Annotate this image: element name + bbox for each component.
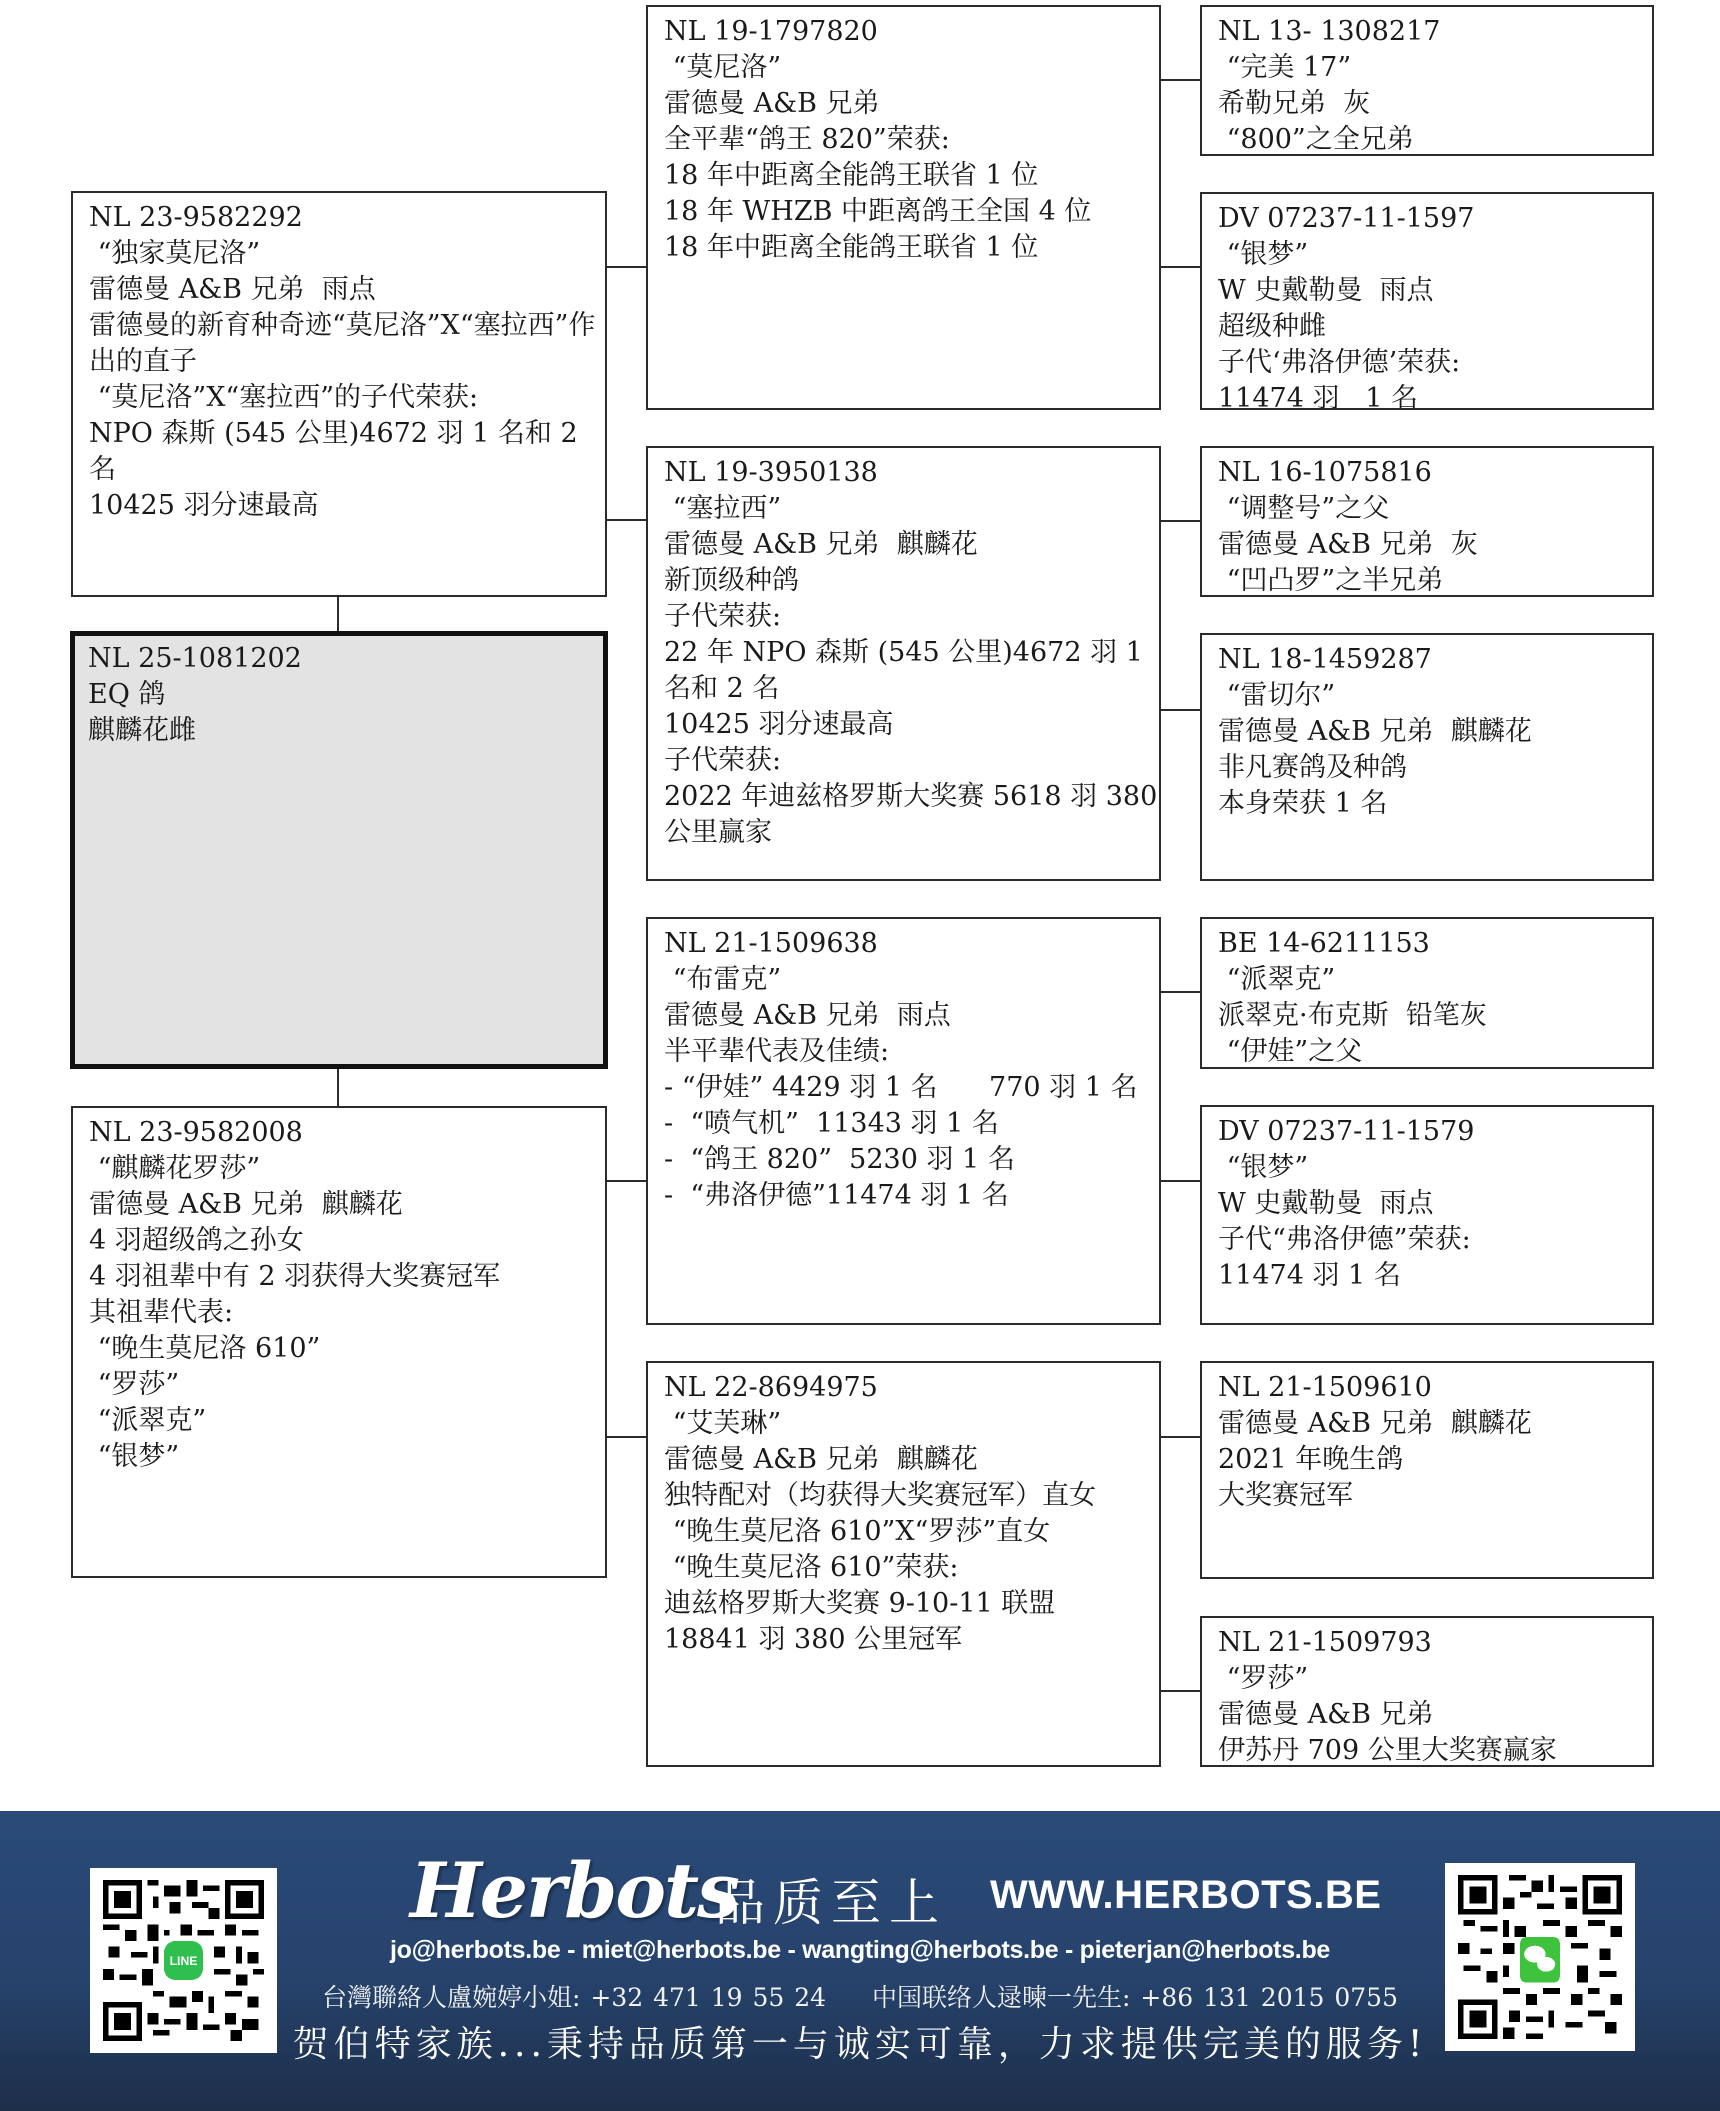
- pedigree-line: NL 21-1509610: [1218, 1370, 1652, 1406]
- pedigree-line: “银梦”: [1218, 1150, 1652, 1186]
- pedigree-line: 子代“弗洛伊德”荣获:: [1218, 1222, 1652, 1258]
- pedigree-line: 18 年中距离全能鸽王联省 1 位: [664, 158, 1159, 194]
- connector-sire-to-gen2: [605, 266, 646, 268]
- contact-china: 中国联络人逯暕一先生: +86 131 2015 0755: [872, 1983, 1398, 2012]
- pedigree-line: 雷德曼的新育种奇迹“莫尼洛”X“塞拉西”作出的直子: [89, 308, 605, 380]
- pedigree-box-sd-dam: NL 18-1459287 “雷切尔”雷德曼 A&B 兄弟 麒麟花非凡赛鸽及种鸽…: [1200, 633, 1654, 881]
- connector-main-dam: [337, 1068, 339, 1107]
- pedigree-line: 大奖赛冠军: [1218, 1478, 1652, 1514]
- pedigree-box-ds-sire: BE 14-6211153 “派翠克”派翠克·布克斯 铅笔灰 “伊娃”之父: [1200, 917, 1654, 1069]
- pedigree-box-dam-sire: NL 21-1509638 “布雷克”雷德曼 A&B 兄弟 雨点半平辈代表及佳绩…: [646, 917, 1161, 1325]
- pedigree-line: “800”之全兄弟: [1218, 122, 1652, 156]
- pedigree-line: “调整号”之父: [1218, 491, 1652, 527]
- pedigree-line: “伊娃”之父: [1218, 1034, 1652, 1069]
- pedigree-line: 子代荣获:: [664, 743, 1159, 779]
- pedigree-line: NPO 森斯 (545 公里)4672 羽 1 名和 2 名: [89, 416, 605, 488]
- pedigree-line: - “喷气机” 11343 羽 1 名: [664, 1106, 1159, 1142]
- connector-dam-to-gen2: [605, 1180, 646, 1182]
- pedigree-line: DV 07237-11-1597: [1218, 201, 1652, 237]
- pedigree-line: 雷德曼 A&B 兄弟 麒麟花: [1218, 1406, 1652, 1442]
- pedigree-line: 新顶级种鸽: [664, 563, 1159, 599]
- pedigree-line: 11474 羽 1 名: [1218, 1258, 1652, 1294]
- pedigree-line: NL 25-1081202: [88, 641, 603, 677]
- pedigree-line: 全平辈“鸽王 820”荣获:: [664, 122, 1159, 158]
- connector-sd-a: [1159, 520, 1200, 522]
- pedigree-line: 迪兹格罗斯大奖赛 9-10-11 联盟: [664, 1586, 1159, 1622]
- connector-ds-b: [1159, 1180, 1200, 1182]
- connector-sire-to-gen2b: [605, 519, 646, 521]
- connector-dd-a: [1159, 1436, 1200, 1438]
- pedigree-line: - “弗洛伊德”11474 羽 1 名: [664, 1178, 1159, 1214]
- pedigree-line: 派翠克·布克斯 铅笔灰: [1218, 998, 1652, 1034]
- pedigree-line: 希勒兄弟 灰: [1218, 86, 1652, 122]
- pedigree-line: “塞拉西”: [664, 491, 1159, 527]
- pedigree-line: W 史戴勒曼 雨点: [1218, 273, 1652, 309]
- pedigree-line: NL 19-3950138: [664, 455, 1159, 491]
- pedigree-line: “派翠克”: [1218, 962, 1652, 998]
- herbots-logo: Herbots: [410, 1851, 738, 1931]
- pedigree-line: 18841 羽 380 公里冠军: [664, 1622, 1159, 1658]
- pedigree-line: W 史戴勒曼 雨点: [1218, 1186, 1652, 1222]
- pedigree-line: NL 16-1075816: [1218, 455, 1652, 491]
- pedigree-line: 子代‘弗洛伊德’荣获:: [1218, 345, 1652, 381]
- connector-ds-a: [1159, 991, 1200, 993]
- pedigree-box-sire-sire: NL 19-1797820 “莫尼洛”雷德曼 A&B 兄弟全平辈“鸽王 820”…: [646, 5, 1161, 410]
- pedigree-line: 雷德曼 A&B 兄弟 雨点: [664, 998, 1159, 1034]
- pedigree-line: “银梦”: [1218, 237, 1652, 273]
- pedigree-line: “派翠克”: [89, 1403, 605, 1439]
- pedigree-box-dam-dam: NL 22-8694975 “艾芙琳”雷德曼 A&B 兄弟 麒麟花独特配对（均获…: [646, 1361, 1161, 1767]
- pedigree-line: “凹凸罗”之半兄弟: [1218, 563, 1652, 597]
- pedigree-line: “晚生莫尼洛 610”荣获:: [664, 1550, 1159, 1586]
- pedigree-box-subject: NL 25-1081202EQ 鸽麒麟花雌: [70, 631, 608, 1069]
- pedigree-line: “布雷克”: [664, 962, 1159, 998]
- connector-dam-to-gen2b: [605, 1436, 646, 1438]
- pedigree-line: “雷切尔”: [1218, 678, 1652, 714]
- pedigree-line: NL 19-1797820: [664, 14, 1159, 50]
- pedigree-box-sd-sire: NL 16-1075816 “调整号”之父雷德曼 A&B 兄弟 灰 “凹凸罗”之…: [1200, 446, 1654, 597]
- pedigree-line: NL 18-1459287: [1218, 642, 1652, 678]
- pedigree-line: BE 14-6211153: [1218, 926, 1652, 962]
- pedigree-line: 4 羽超级鸽之孙女: [89, 1223, 605, 1259]
- pedigree-line: 雷德曼 A&B 兄弟 麒麟花: [664, 527, 1159, 563]
- pedigree-line: 雷德曼 A&B 兄弟 雨点: [89, 272, 605, 308]
- pedigree-line: 10425 羽分速最高: [89, 488, 605, 524]
- brand-slogan: 品质至上: [715, 1863, 947, 1935]
- pedigree-line: 2022 年迪兹格罗斯大奖赛 5618 羽 380 公里赢家: [664, 779, 1159, 851]
- pedigree-box-sire: NL 23-9582292 “独家莫尼洛”雷德曼 A&B 兄弟 雨点雷德曼的新育…: [71, 191, 607, 597]
- pedigree-line: 其祖辈代表:: [89, 1295, 605, 1331]
- pedigree-line: 非凡赛鸽及种鸽: [1218, 750, 1652, 786]
- pedigree-line: “银梦”: [89, 1439, 605, 1475]
- pedigree-line: “晚生莫尼洛 610”X“罗莎”直女: [664, 1514, 1159, 1550]
- pedigree-line: NL 13- 1308217: [1218, 14, 1652, 50]
- qr-pattern: [1457, 1875, 1623, 2039]
- pedigree-line: 22 年 NPO 森斯 (545 公里)4672 羽 1 名和 2 名: [664, 635, 1159, 707]
- connector-sire-main: [337, 595, 339, 632]
- pedigree-box-ss-sire: NL 13- 1308217 “完美 17”希勒兄弟 灰 “800”之全兄弟: [1200, 5, 1654, 156]
- pedigree-box-ds-dam: DV 07237-11-1579 “银梦”W 史戴勒曼 雨点子代“弗洛伊德”荣获…: [1200, 1105, 1654, 1325]
- pedigree-line: 雷德曼 A&B 兄弟 灰: [1218, 527, 1652, 563]
- pedigree-line: 独特配对（均获得大奖赛冠军）直女: [664, 1478, 1159, 1514]
- pedigree-line: 10425 羽分速最高: [664, 707, 1159, 743]
- pedigree-line: 2021 年晚生鸽: [1218, 1442, 1652, 1478]
- qr-code-wechat[interactable]: [1445, 1863, 1635, 2051]
- pedigree-line: - “鸽王 820” 5230 羽 1 名: [664, 1142, 1159, 1178]
- connector-sd-b: [1159, 709, 1200, 711]
- pedigree-line: NL 23-9582008: [89, 1115, 605, 1151]
- pedigree-line: “艾芙琳”: [664, 1406, 1159, 1442]
- pedigree-box-sire-dam: NL 19-3950138 “塞拉西”雷德曼 A&B 兄弟 麒麟花新顶级种鸽子代…: [646, 446, 1161, 881]
- contact-taiwan: 台灣聯絡人盧婉婷小姐: +32 471 19 55 24: [322, 1983, 826, 2012]
- pedigree-line: “罗莎”: [89, 1367, 605, 1403]
- pedigree-line: NL 21-1509638: [664, 926, 1159, 962]
- pedigree-line: NL 21-1509793: [1218, 1625, 1652, 1661]
- pedigree-line: 伊苏丹 709 公里大奖赛赢家: [1218, 1733, 1652, 1767]
- pedigree-line: 麒麟花雌: [88, 713, 603, 749]
- pedigree-line: “晚生莫尼洛 610”: [89, 1331, 605, 1367]
- pedigree-box-ss-dam: DV 07237-11-1597 “银梦”W 史戴勒曼 雨点超级种雌子代‘弗洛伊…: [1200, 192, 1654, 410]
- pedigree-box-dd-sire: NL 21-1509610雷德曼 A&B 兄弟 麒麟花2021 年晚生鸽大奖赛冠…: [1200, 1361, 1654, 1579]
- pedigree-line: 雷德曼 A&B 兄弟: [664, 86, 1159, 122]
- pedigree-line: 18 年中距离全能鸽王联省 1 位: [664, 230, 1159, 266]
- pedigree-line: “莫尼洛”: [664, 50, 1159, 86]
- pedigree-line: DV 07237-11-1579: [1218, 1114, 1652, 1150]
- pedigree-line: - “伊娃” 4429 羽 1 名 770 羽 1 名: [664, 1070, 1159, 1106]
- pedigree-line: 本身荣获 1 名: [1218, 786, 1652, 822]
- pedigree-line: 半平辈代表及佳绩:: [664, 1034, 1159, 1070]
- pedigree-box-dd-dam: NL 21-1509793 “罗莎”雷德曼 A&B 兄弟伊苏丹 709 公里大奖…: [1200, 1616, 1654, 1767]
- footer-banner: LINE Herbots 品质至上 WWW.HERBOTS.BE jo@herb…: [0, 1811, 1720, 2111]
- pedigree-line: 18 年 WHZB 中距离鸽王全国 4 位: [664, 194, 1159, 230]
- website-link[interactable]: WWW.HERBOTS.BE: [990, 1873, 1381, 1918]
- pedigree-line: 子代荣获:: [664, 599, 1159, 635]
- pedigree-line: “罗莎”: [1218, 1661, 1652, 1697]
- pedigree-line: NL 23-9582292: [89, 200, 605, 236]
- brand-row: Herbots 品质至上 WWW.HERBOTS.BE: [400, 1851, 1360, 1931]
- pedigree-line: 雷德曼 A&B 兄弟: [1218, 1697, 1652, 1733]
- pedigree-line: 超级种雌: [1218, 309, 1652, 345]
- pedigree-line: 4 羽祖辈中有 2 羽获得大奖赛冠军: [89, 1259, 605, 1295]
- pedigree-line: “莫尼洛”X“塞拉西”的子代荣获:: [89, 380, 605, 416]
- pedigree-line: “麒麟花罗莎”: [89, 1151, 605, 1187]
- pedigree-line: “独家莫尼洛”: [89, 236, 605, 272]
- connector-ss-b: [1159, 266, 1200, 268]
- pedigree-line: “完美 17”: [1218, 50, 1652, 86]
- connector-ss-a: [1159, 79, 1200, 81]
- connector-dd-b: [1159, 1690, 1200, 1692]
- pedigree-line: EQ 鸽: [88, 677, 603, 713]
- pedigree-line: NL 22-8694975: [664, 1370, 1159, 1406]
- pedigree-box-dam: NL 23-9582008 “麒麟花罗莎”雷德曼 A&B 兄弟 麒麟花4 羽超级…: [71, 1106, 607, 1578]
- pedigree-line: 雷德曼 A&B 兄弟 麒麟花: [664, 1442, 1159, 1478]
- pedigree-line: 11474 羽 1 名: [1218, 381, 1652, 410]
- pedigree-line: 雷德曼 A&B 兄弟 麒麟花: [1218, 714, 1652, 750]
- pedigree-line: 雷德曼 A&B 兄弟 麒麟花: [89, 1187, 605, 1223]
